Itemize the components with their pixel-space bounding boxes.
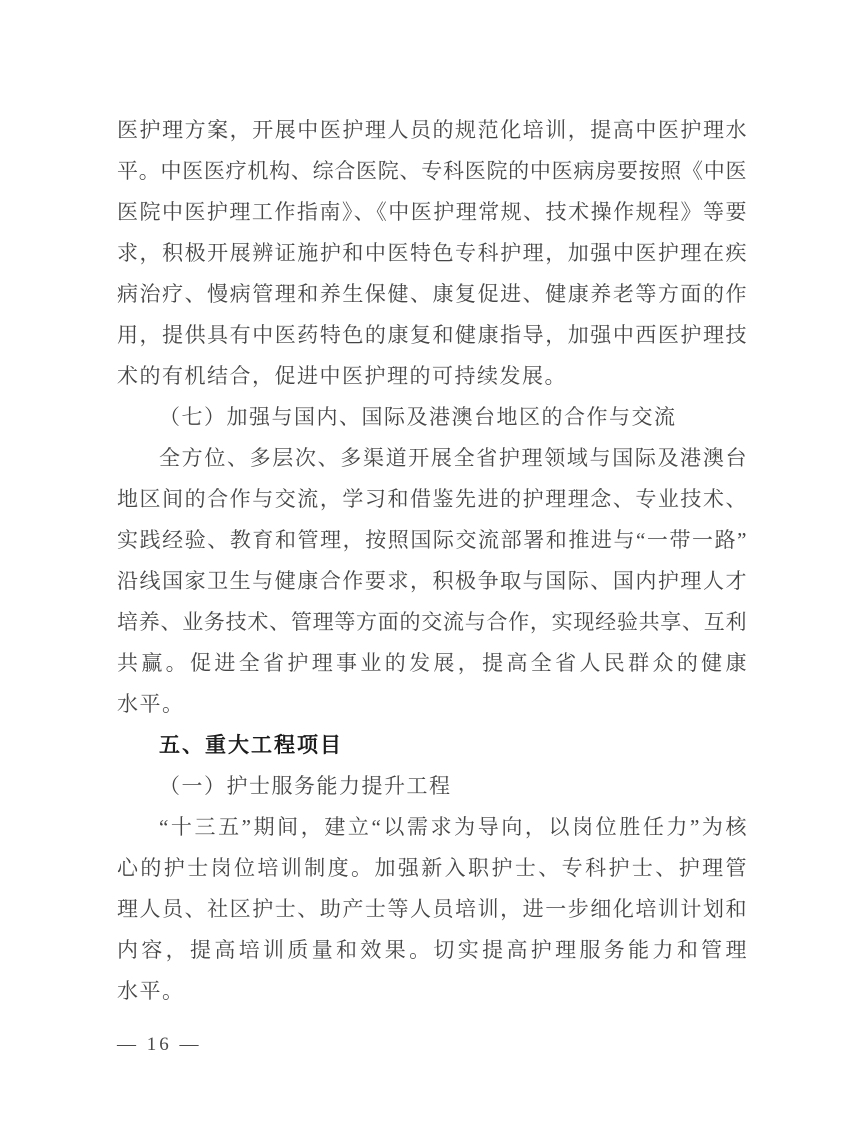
subsection-heading-7: （七）加强与国内、国际及港澳台地区的合作与交流	[117, 397, 747, 438]
text-line-7: 术的有机结合，促进中医护理的可持续发展。	[117, 356, 747, 397]
section-heading-5: 五、重大工程项目	[117, 725, 747, 766]
text-line-9: 全方位、多层次、多渠道开展全省护理领域与国际及港澳台	[117, 438, 747, 479]
text-line-19: 心的护士岗位培训制度。加强新入职护士、专科护士、护理管	[117, 848, 747, 889]
text-line-22: 水平。	[117, 971, 747, 1012]
text-line-2: 平。中医医疗机构、综合医院、专科医院的中医病房要按照《中医	[117, 151, 747, 192]
text-line-15: 水平。	[117, 684, 747, 725]
text-line-13: 培养、业务技术、管理等方面的交流与合作，实现经验共享、互利	[117, 602, 747, 643]
text-column: 医护理方案，开展中医护理人员的规范化培训，提高中医护理水 平。中医医疗机构、综合…	[117, 110, 747, 1012]
subsection-heading-1: （一）护士服务能力提升工程	[117, 766, 747, 807]
text-line-11: 实践经验、教育和管理，按照国际交流部署和推进与“一带一路”	[117, 520, 747, 561]
text-line-21: 内容，提高培训质量和效果。切实提高护理服务能力和管理	[117, 930, 747, 971]
text-line-1: 医护理方案，开展中医护理人员的规范化培训，提高中医护理水	[117, 110, 747, 151]
text-line-12: 沿线国家卫生与健康合作要求，积极争取与国际、国内护理人才	[117, 561, 747, 602]
text-line-14: 共赢。促进全省护理事业的发展，提高全省人民群众的健康	[117, 643, 747, 684]
text-line-18: “十三五”期间，建立“以需求为导向，以岗位胜任力”为核	[117, 807, 747, 848]
text-line-6: 用，提供具有中医药特色的康复和健康指导，加强中西医护理技	[117, 315, 747, 356]
text-line-10: 地区间的合作与交流，学习和借鉴先进的护理理念、专业技术、	[117, 479, 747, 520]
text-line-4: 求，积极开展辨证施护和中医特色专科护理，加强中医护理在疾	[117, 233, 747, 274]
text-line-3: 医院中医护理工作指南》、《中医护理常规、技术操作规程》等要	[117, 192, 747, 233]
text-line-20: 理人员、社区护士、助产士等人员培训，进一步细化培训计划和	[117, 889, 747, 930]
document-page: 医护理方案，开展中医护理人员的规范化培训，提高中医护理水 平。中医医疗机构、综合…	[0, 0, 850, 1146]
page-number: — 16 —	[117, 1030, 202, 1060]
text-line-5: 病治疗、慢病管理和养生保健、康复促进、健康养老等方面的作	[117, 274, 747, 315]
